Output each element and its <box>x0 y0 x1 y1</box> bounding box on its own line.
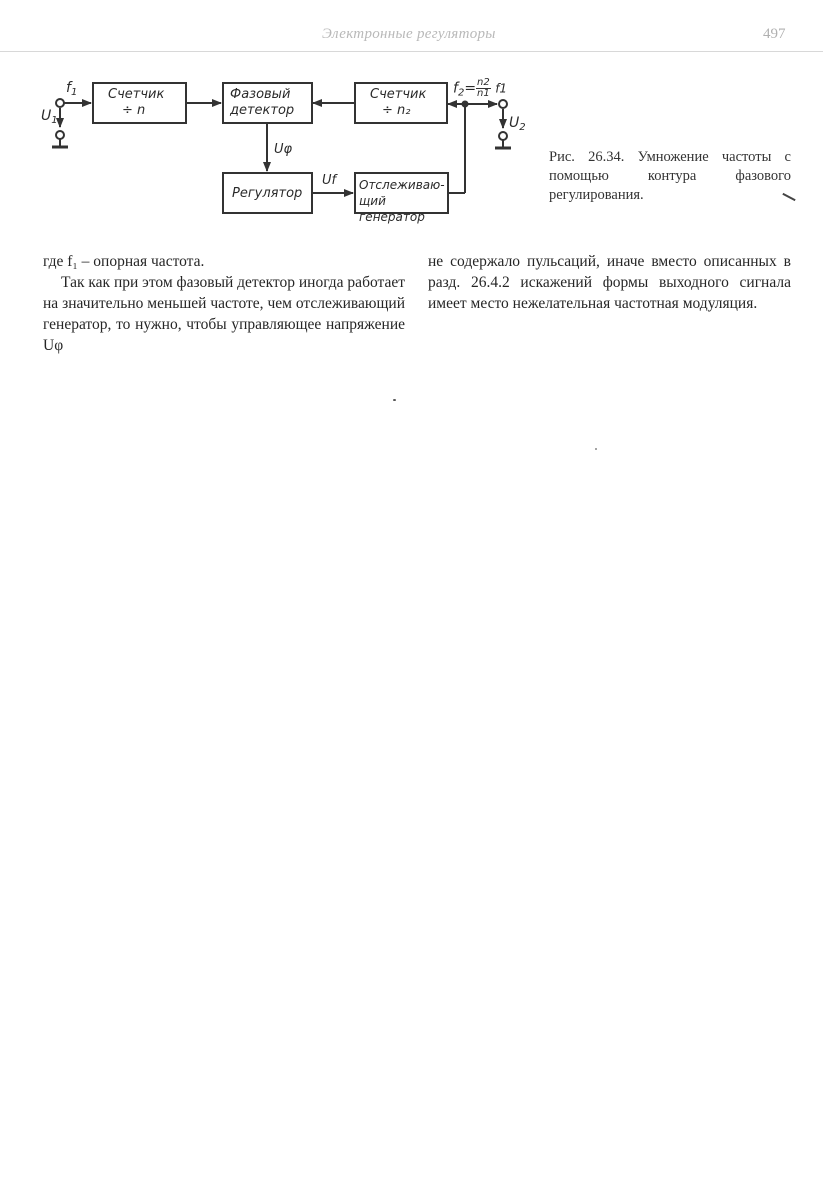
running-title: Электронные регуляторы <box>322 26 496 43</box>
block-counter-n2-title: Счетчик <box>370 87 446 103</box>
block-counter-n2: Счетчик ÷ n₂ <box>354 82 448 124</box>
block-counter-n: Счетчик ÷ n <box>92 82 187 124</box>
scan-speck <box>595 448 597 450</box>
block-regulator-title: Регулятор <box>232 186 311 202</box>
block-counter-n2-divisor: ÷ n₂ <box>370 103 446 119</box>
paragraph-right: не содержало пульсаций, иначе вместо опи… <box>428 251 791 314</box>
label-u2: U2 <box>509 115 526 133</box>
running-header: Электронные регуляторы 497 <box>0 26 823 48</box>
right-column: не содержало пульсаций, иначе вместо опи… <box>428 251 791 314</box>
block-phase-detector: Фазовый детектор <box>222 82 313 124</box>
block-tracking-generator-line1: Отслеживаю- <box>359 177 447 193</box>
figure-caption: Рис. 26.34. Умножение частоты с помощью … <box>549 148 791 205</box>
block-phase-detector-line2: детектор <box>230 103 311 119</box>
block-regulator: Регулятор <box>222 172 313 214</box>
page-number: 497 <box>763 26 786 43</box>
left-column: где f₁ – опорная частота. Так как при эт… <box>43 251 405 356</box>
label-u-f: Uf <box>322 173 336 188</box>
fraction-n2-over-n1: n2n1 <box>476 78 491 99</box>
block-tracking-generator-line2: щий генератор <box>359 193 447 225</box>
block-counter-n-divisor: ÷ n <box>108 103 185 119</box>
scan-speck <box>393 399 396 401</box>
paragraph-left: Так как при этом фазовый детектор иногда… <box>43 272 405 356</box>
header-rule <box>0 51 823 52</box>
block-tracking-generator: Отслеживаю- щий генератор <box>354 172 449 214</box>
block-phase-detector-line1: Фазовый <box>230 87 311 103</box>
label-u-phi: Uφ <box>274 142 292 157</box>
label-u1: U1 <box>41 108 58 126</box>
text-line-definition: где f₁ – опорная частота. <box>43 251 405 272</box>
block-diagram: Счетчик ÷ n Фазовый детектор Счетчик ÷ n… <box>0 70 540 230</box>
label-f2-formula: f2=n2n1 f1 <box>453 78 507 99</box>
block-counter-n-title: Счетчик <box>108 87 185 103</box>
label-f1-input: f1 <box>66 80 77 98</box>
